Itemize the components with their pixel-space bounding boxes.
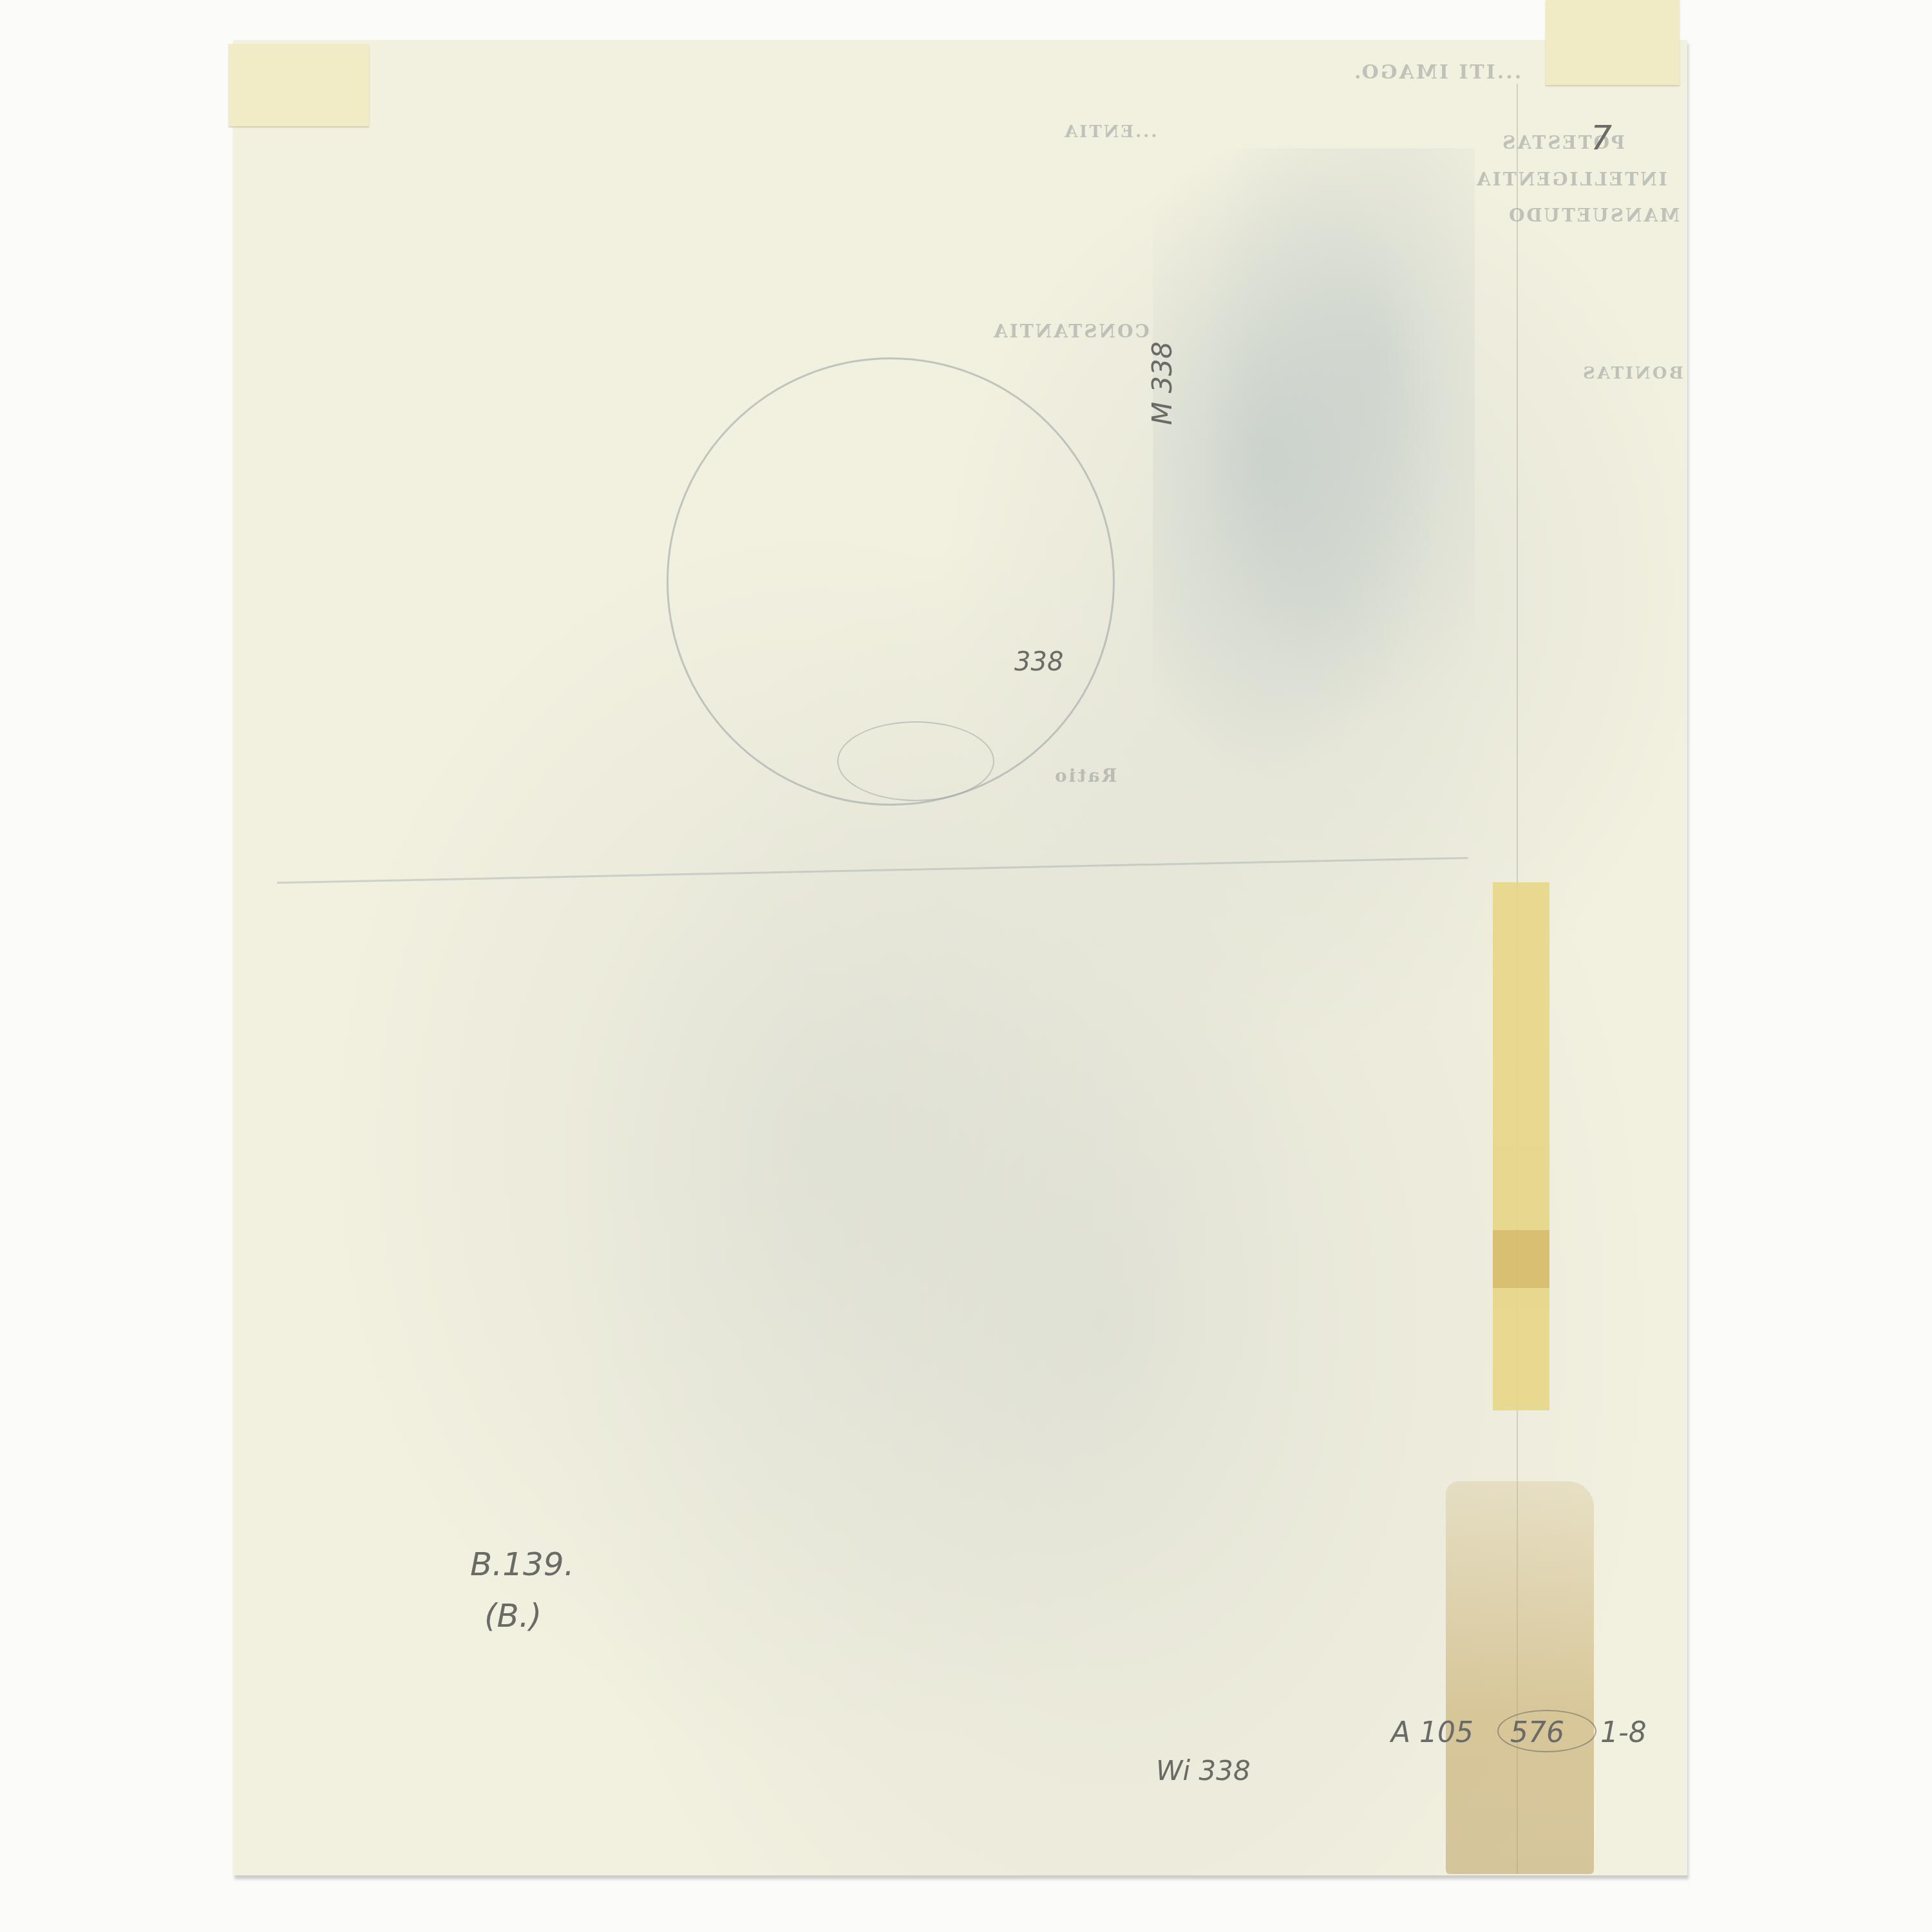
repair-tape-right	[1493, 882, 1549, 1410]
mirrored-label-ratio: Ratio	[1053, 765, 1117, 786]
mirrored-label-top: ...ENTIA	[1063, 122, 1157, 142]
hinge-tape-top-right	[1546, 0, 1680, 85]
pencil-note-circle: 338	[1014, 647, 1063, 677]
pencil-note-vertical: M 338	[1146, 341, 1178, 425]
pencil-inventory-suffix: 1-8	[1600, 1716, 1647, 1749]
mirrored-label-bonitas: BONITAS	[1581, 364, 1683, 383]
pencil-inventory-circled: 576	[1510, 1716, 1564, 1749]
pencil-number-7: 7	[1591, 119, 1612, 158]
pencil-inventory-prefix: A 105	[1391, 1716, 1473, 1749]
foxing-stain	[1446, 1481, 1594, 1874]
pencil-bartsch-ref: B.139.	[470, 1546, 574, 1583]
show-through-figure	[1153, 148, 1475, 837]
mirrored-heading: ...ITI IMAGO.	[1352, 61, 1521, 84]
pencil-bartsch-paren: (B.)	[484, 1597, 542, 1634]
show-through-loop	[837, 721, 994, 801]
mirrored-label-constantia: CONSTANTIA	[992, 321, 1150, 342]
pencil-wi-ref: Wi 338	[1156, 1755, 1251, 1786]
mirrored-label-intelligentia: INTELLIGENTIA	[1475, 169, 1667, 190]
hinge-tape-top-left	[229, 44, 369, 126]
tape-stain	[1493, 1230, 1549, 1288]
mirrored-label-mansuetudo: MANSUETUDO	[1507, 205, 1680, 226]
